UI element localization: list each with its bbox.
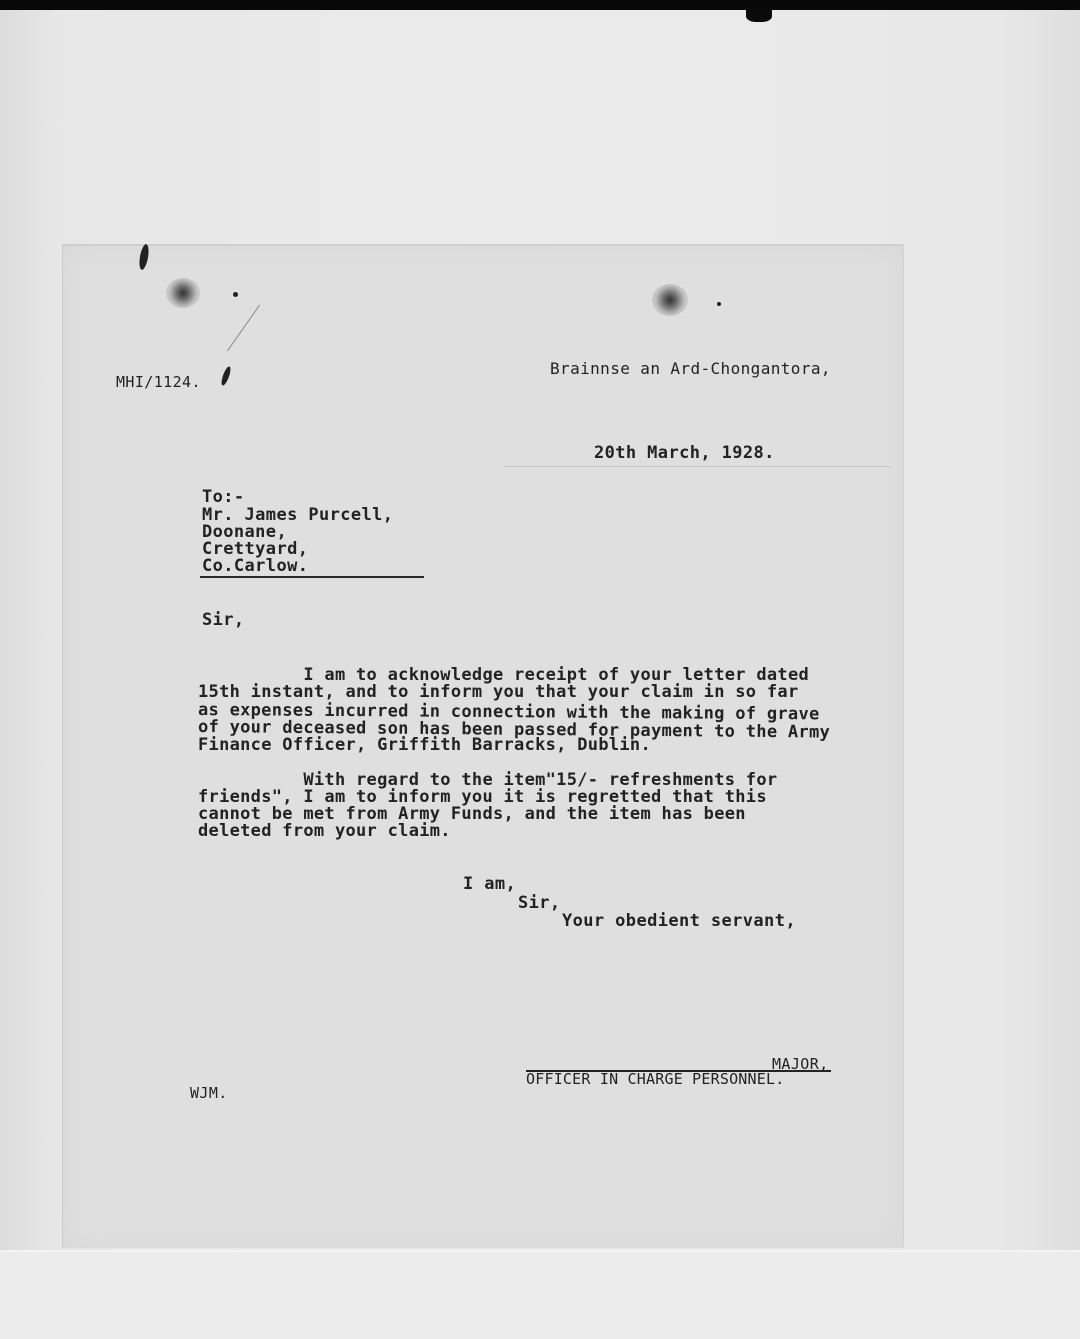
outer-sheet-fold — [0, 1250, 1080, 1339]
ink-dot-mark — [233, 292, 238, 297]
ink-dot-mark — [717, 302, 721, 306]
closing-line: I am, — [463, 876, 516, 893]
scan-clip-mark — [746, 8, 772, 22]
file-reference: MHI/1124. — [116, 374, 201, 391]
closing-line: Sir, — [518, 895, 561, 912]
recipient-label: To:- — [202, 489, 245, 506]
salutation: Sir, — [202, 612, 245, 629]
sender-address: Brainnse an Ard-Chongantora, — [550, 360, 831, 377]
typist-initials: WJM. — [190, 1085, 228, 1102]
paragraph-line: 15th instant, and to inform you that you… — [198, 684, 799, 702]
punch-hole-right — [652, 284, 688, 316]
date-dotted-rule — [505, 466, 890, 467]
paragraph-line: Finance Officer, Griffith Barracks, Dubl… — [198, 737, 651, 755]
recipient-underline — [200, 576, 424, 578]
punch-hole-left — [166, 278, 200, 308]
letter-date: 20th March, 1928. — [594, 445, 775, 462]
closing-line: Your obedient servant, — [562, 913, 796, 930]
recipient-county: Co.Carlow. — [202, 558, 308, 575]
scan-top-border — [0, 0, 1080, 10]
paragraph-line: deleted from your claim. — [198, 823, 451, 841]
signatory-title: OFFICER IN CHARGE PERSONNEL. — [526, 1071, 784, 1088]
